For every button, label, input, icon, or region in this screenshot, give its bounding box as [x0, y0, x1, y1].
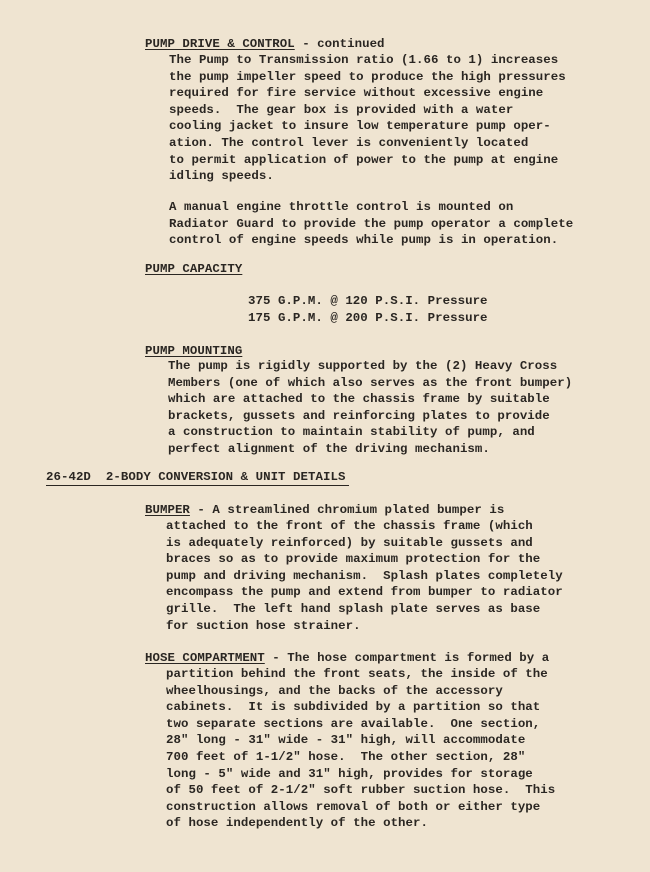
section-heading-conversion: 26-42D 2-BODY CONVERSION & UNIT DETAILS — [46, 469, 349, 486]
text-line: of hose independently of the other. — [166, 815, 428, 831]
section-heading-pump-capacity: PUMP CAPACITY — [145, 261, 242, 277]
text-line: The pump is rigidly supported by the (2)… — [168, 358, 557, 374]
text-line: braces so as to provide maximum protecti… — [166, 551, 540, 567]
text-line: partition behind the front seats, the in… — [166, 666, 548, 682]
text-line: perfect alignment of the driving mechani… — [168, 441, 490, 457]
text-line: 700 feet of 1-1/2" hose. The other secti… — [166, 749, 525, 765]
text-line: Radiator Guard to provide the pump opera… — [169, 216, 573, 232]
text-line: construction allows removal of both or e… — [166, 799, 540, 815]
text-line: for suction hose strainer. — [166, 618, 361, 634]
text-line: cooling jacket to insure low temperature… — [169, 118, 551, 134]
text-line: encompass the pump and extend from bumpe… — [166, 584, 563, 600]
text-line: control of engine speeds while pump is i… — [169, 232, 558, 248]
pump-drive-heading-line: PUMP DRIVE & CONTROL - continued — [145, 36, 385, 52]
text-line: The Pump to Transmission ratio (1.66 to … — [169, 52, 558, 68]
text-line: Members (one of which also serves as the… — [168, 375, 572, 391]
text-line: A manual engine throttle control is moun… — [169, 199, 513, 215]
hose-first-line: HOSE COMPARTMENT - The hose compartment … — [145, 650, 549, 666]
capacity-line: 175 G.P.M. @ 200 P.S.I. Pressure — [248, 310, 488, 326]
bumper-first-line-text: - A streamlined chromium plated bumper i… — [190, 503, 504, 517]
text-line: the pump impeller speed to produce the h… — [169, 69, 566, 85]
text-line: idling speeds. — [169, 168, 274, 184]
section-heading-pump-drive: PUMP DRIVE & CONTROL — [145, 37, 295, 51]
text-line: which are attached to the chassis frame … — [168, 391, 550, 407]
text-line: 28" long - 31" wide - 31" high, will acc… — [166, 732, 525, 748]
capacity-line: 375 G.P.M. @ 120 P.S.I. Pressure — [248, 293, 488, 309]
text-line: grille. The left hand splash plate serve… — [166, 601, 540, 617]
text-line: ation. The control lever is conveniently… — [169, 135, 528, 151]
text-line: wheelhousings, and the backs of the acce… — [166, 683, 503, 699]
text-line: of 50 feet of 2-1/2" soft rubber suction… — [166, 782, 555, 798]
text-line: a construction to maintain stability of … — [168, 424, 535, 440]
text-line: cabinets. It is subdivided by a partitio… — [166, 699, 540, 715]
document-page: PUMP DRIVE & CONTROL - continued The Pum… — [0, 0, 650, 872]
heading-suffix: - continued — [295, 37, 385, 51]
section-heading-pump-mounting: PUMP MOUNTING — [145, 343, 242, 359]
text-line: required for fire service without excess… — [169, 85, 543, 101]
hose-first-line-text: - The hose compartment is formed by a — [265, 651, 549, 665]
text-line: pump and driving mechanism. Splash plate… — [166, 568, 563, 584]
text-line: speeds. The gear box is provided with a … — [169, 102, 513, 118]
text-line: brackets, gussets and reinforcing plates… — [168, 408, 550, 424]
text-line: two separate sections are available. One… — [166, 716, 540, 732]
text-line: to permit application of power to the pu… — [169, 152, 558, 168]
section-heading-bumper: BUMPER — [145, 503, 190, 517]
text-line: is adequately reinforced) by suitable gu… — [166, 535, 533, 551]
bumper-first-line: BUMPER - A streamlined chromium plated b… — [145, 502, 504, 518]
text-line: attached to the front of the chassis fra… — [166, 518, 533, 534]
section-heading-hose-compartment: HOSE COMPARTMENT — [145, 651, 265, 665]
text-line: long - 5" wide and 31" high, provides fo… — [166, 766, 533, 782]
